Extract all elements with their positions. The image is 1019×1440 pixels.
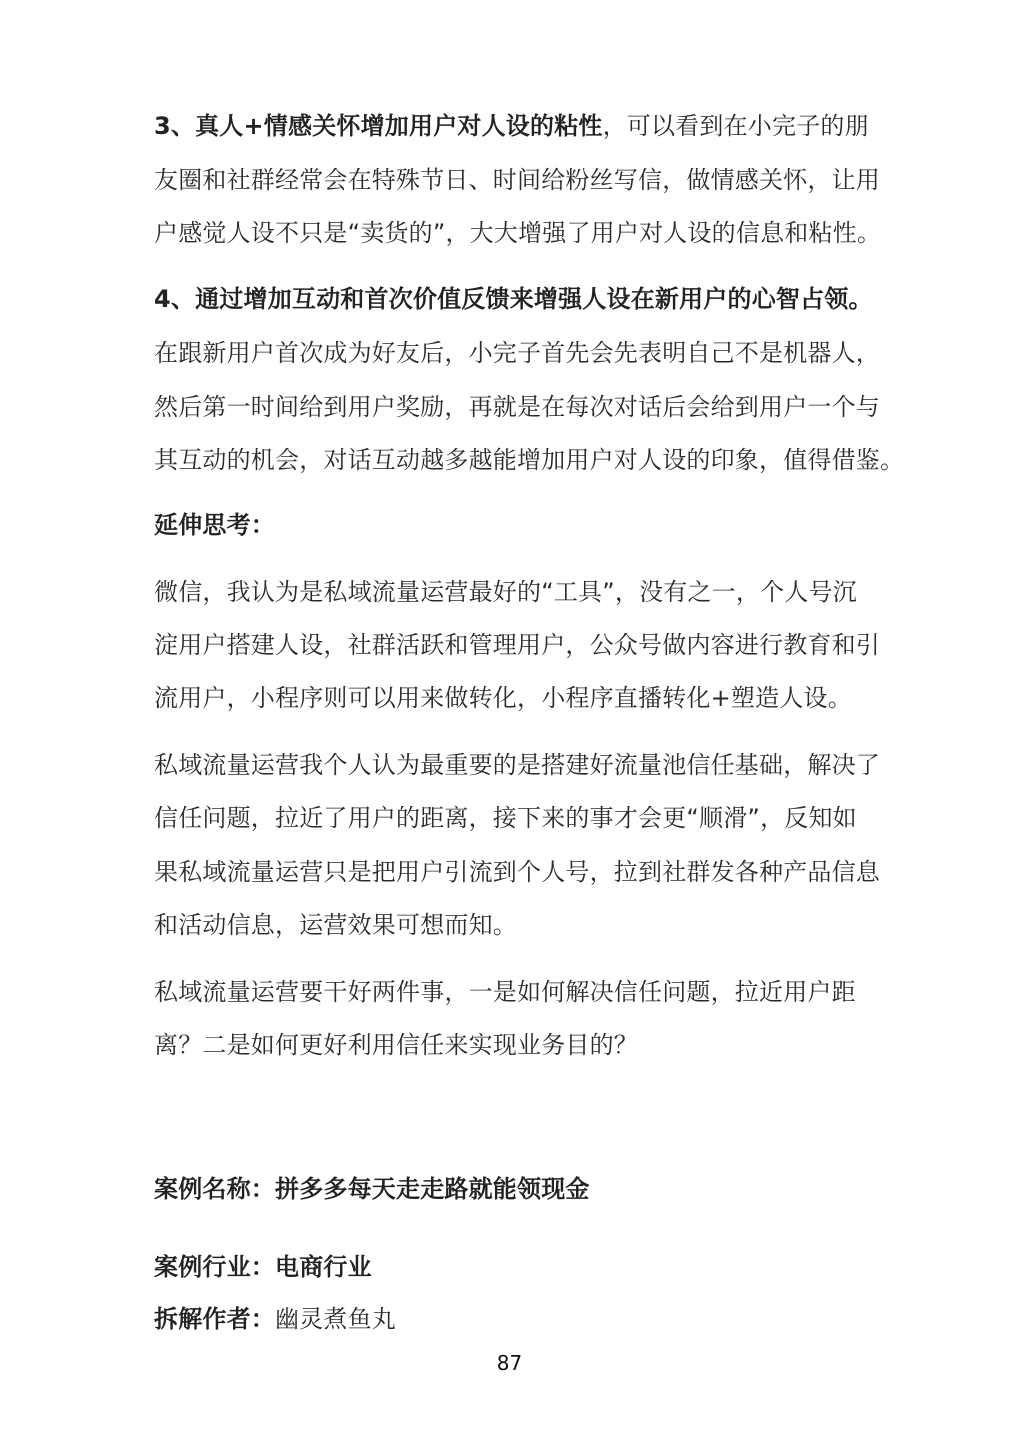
case-industry-label: 案例行业： bbox=[154, 1253, 275, 1281]
case-author-label: 拆解作者： bbox=[154, 1305, 275, 1333]
extended-thinking-heading: 延伸思考： bbox=[154, 509, 275, 541]
case-name-label: 案例名称： bbox=[154, 1175, 275, 1203]
paragraph-2-line-2: 信任问题，拉近了用户的距离，接下来的事才会更“顺滑”，反知如 bbox=[154, 802, 857, 834]
point4-line-3: 其互动的机会，对话互动越多越能增加用户对人设的印象，值得借鉴。 bbox=[154, 444, 904, 476]
paragraph-2-line-4: 和活动信息，运营效果可想而知。 bbox=[154, 909, 517, 941]
point4-heading: 4、通过增加互动和首次价值反馈来增强人设在新用户的心智占领。 bbox=[154, 283, 873, 315]
case-industry-row: 案例行业：电商行业 bbox=[154, 1251, 372, 1283]
point3-heading-continuation: ，可以看到在小完子的朋 bbox=[603, 112, 869, 140]
case-name-row: 案例名称：拼多多每天走走路就能领现金 bbox=[154, 1173, 590, 1205]
point3-heading-line: 3、真人+情感关怀增加用户对人设的粘性，可以看到在小完子的朋 bbox=[154, 110, 869, 142]
paragraph-1-line-3: 流用户，小程序则可以用来做转化，小程序直播转化+塑造人设。 bbox=[154, 682, 852, 714]
case-author-value: 幽灵煮鱼丸 bbox=[275, 1305, 396, 1333]
point3-line-1: 友圈和社群经常会在特殊节日、时间给粉丝写信，做情感关怀，让用 bbox=[154, 164, 880, 196]
point3-heading: 3、真人+情感关怀增加用户对人设的粘性 bbox=[154, 112, 603, 140]
point3-line-2: 户感觉人设不只是“卖货的”，大大增强了用户对人设的信息和粘性。 bbox=[154, 217, 881, 249]
paragraph-2-line-3: 果私域流量运营只是把用户引流到个人号，拉到社群发各种产品信息 bbox=[154, 856, 880, 888]
case-author-row: 拆解作者：幽灵煮鱼丸 bbox=[154, 1303, 396, 1335]
page-number: 87 bbox=[0, 1351, 1019, 1375]
case-name-value: 拼多多每天走走路就能领现金 bbox=[275, 1175, 590, 1203]
paragraph-2-line-1: 私域流量运营我个人认为最重要的是搭建好流量池信任基础，解决了 bbox=[154, 749, 880, 781]
point4-line-1: 在跟新用户首次成为好友后，小完子首先会先表明自己不是机器人， bbox=[154, 337, 880, 369]
paragraph-1-line-1: 微信，我认为是私域流量运营最好的“工具”，没有之一，个人号沉 bbox=[154, 576, 857, 608]
point4-line-2: 然后第一时间给到用户奖励，再就是在每次对话后会给到用户一个与 bbox=[154, 391, 880, 423]
paragraph-3-line-1: 私域流量运营要干好两件事，一是如何解决信任问题，拉近用户距 bbox=[154, 976, 856, 1008]
case-industry-value: 电商行业 bbox=[275, 1253, 372, 1281]
paragraph-1-line-2: 淀用户搭建人设，社群活跃和管理用户，公众号做内容进行教育和引 bbox=[154, 629, 880, 661]
paragraph-3-line-2: 离？二是如何更好利用信任来实现业务目的？ bbox=[154, 1029, 638, 1061]
